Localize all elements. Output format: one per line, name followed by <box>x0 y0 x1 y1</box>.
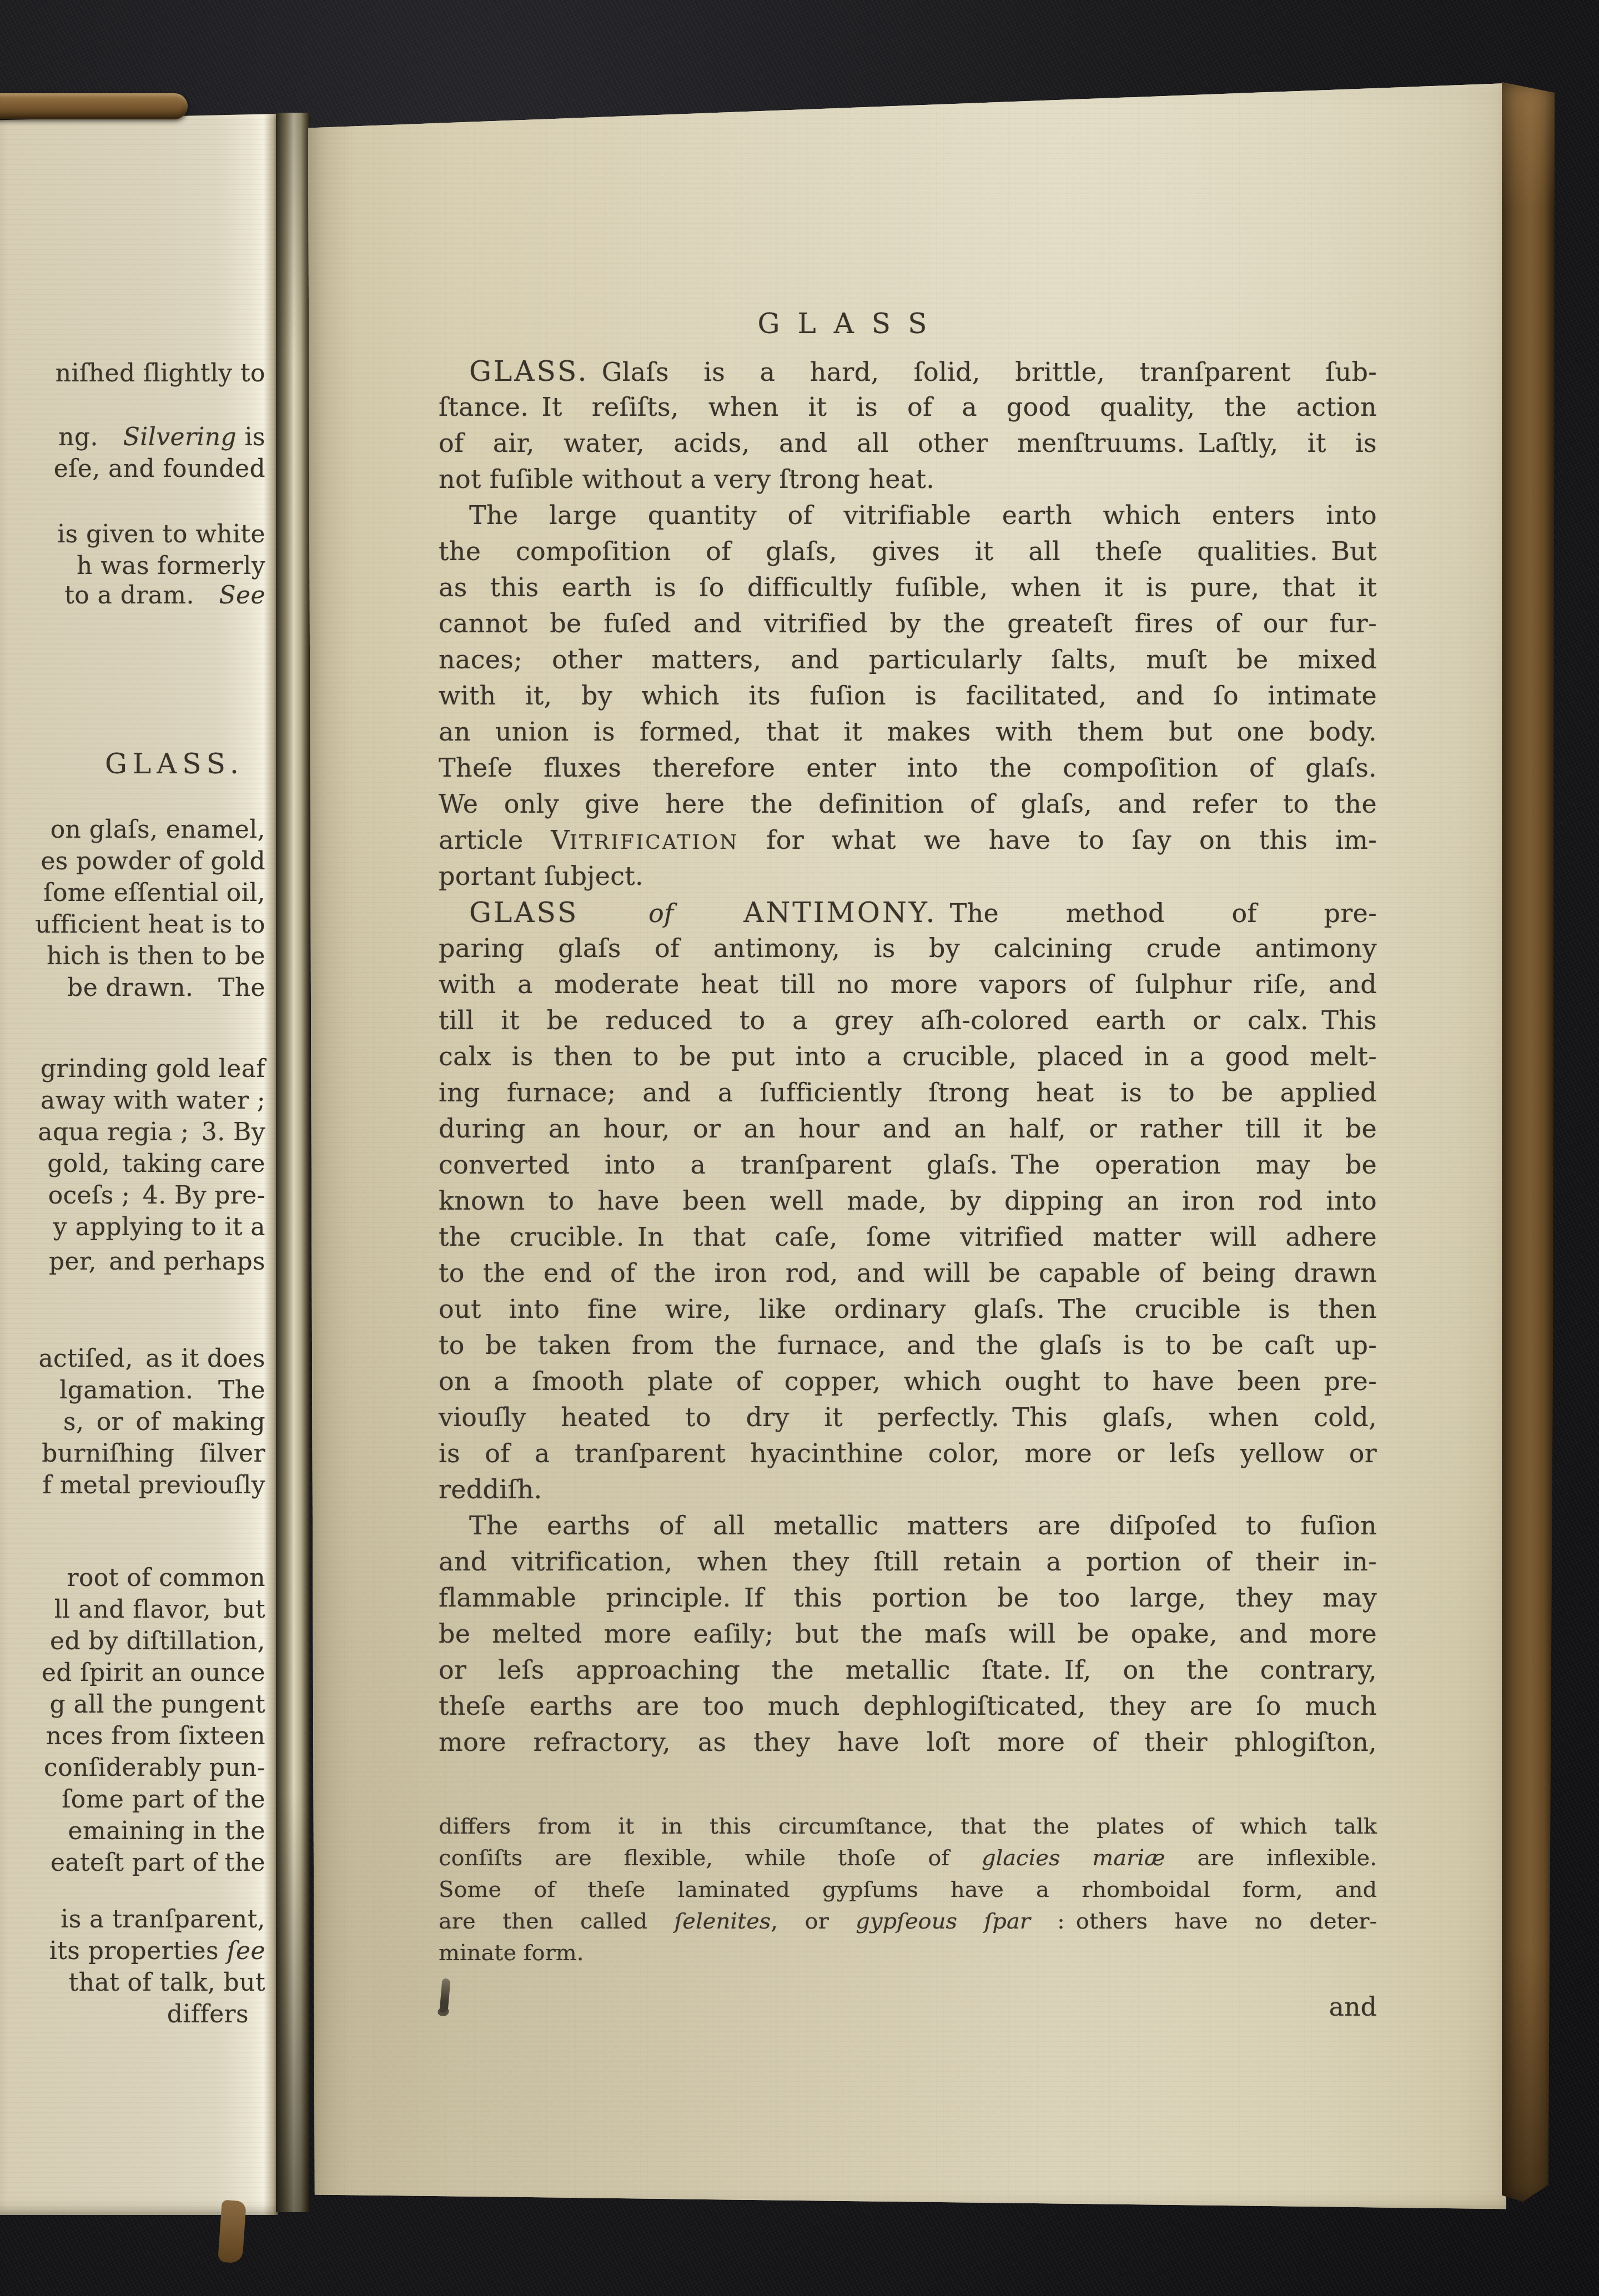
left-page-line: ufficient heat is to <box>35 910 265 939</box>
left-page-line: actiſed, as it does <box>38 1345 265 1373</box>
text-segment: GLASS <box>469 896 648 929</box>
left-page-line: hich is then to be <box>47 942 265 970</box>
text-segment: glacies mariæ <box>982 1845 1165 1871</box>
left-page-line: emaining in the <box>68 1817 265 1845</box>
left-page-line: aqua regia ; 3. By <box>38 1118 265 1146</box>
text-segment: for what we have to ſay on this im- <box>738 825 1377 855</box>
text-line: till it be reduced to a grey aſh-colored… <box>439 1003 1377 1039</box>
text-segment: Silvering <box>123 423 237 451</box>
text-line: The earths of all metallic matters are d… <box>439 1508 1377 1544</box>
text-segment: more refractory, as they have loſt more … <box>439 1727 1377 1757</box>
book-photograph: niſhed ſlightly tong. Silvering iseſe, a… <box>0 0 1599 2296</box>
text-segment: The earths of all metallic matters are d… <box>469 1510 1377 1540</box>
footnote-block: differs from it in this circumſtance, th… <box>439 1811 1377 1969</box>
text-segment: hich is then to be <box>47 942 265 970</box>
running-title: GLASS <box>373 308 1311 340</box>
text-segment: per, and perhaps <box>49 1247 265 1276</box>
text-segment: and vitrification, when they ſtill retai… <box>439 1547 1377 1577</box>
text-segment: on a ſmooth plate of copper, which ought… <box>439 1366 1377 1396</box>
text-segment: known to have been well made, by dipping… <box>439 1186 1377 1216</box>
text-line: the crucible. In that caſe, ſome vitrifi… <box>439 1219 1377 1255</box>
text-segment: s, or of making <box>63 1408 265 1436</box>
text-line: during an hour, or an hour and an half, … <box>439 1111 1377 1147</box>
text-segment: be melted more eaſily; but the maſs will… <box>439 1619 1377 1649</box>
left-page-line: grinding gold leaf <box>41 1055 265 1083</box>
text-segment: portant ſubject. <box>439 861 643 891</box>
text-line: We only give here the definition of glaſ… <box>439 786 1377 822</box>
text-segment: an union is formed, that it makes with t… <box>439 717 1377 747</box>
text-line: ing furnace; and a ſufficiently ſtrong h… <box>439 1075 1377 1111</box>
text-line: article VITRIFICATION for what we have t… <box>439 822 1377 858</box>
text-segment: emaining in the <box>68 1817 265 1845</box>
text-segment: ed ſpirit an ounce <box>42 1659 265 1687</box>
text-segment: flammable principle. If this portion be … <box>439 1583 1377 1613</box>
text-line: converted into a tranſparent glaſs. The … <box>439 1147 1377 1183</box>
text-segment: niſhed ſlightly to <box>56 359 265 387</box>
left-page-line: eſe, and founded <box>54 455 265 483</box>
text-segment: is <box>237 423 265 451</box>
text-segment: are inflexible. <box>1165 1845 1377 1871</box>
left-page-text-column: niſhed ſlightly tong. Silvering iseſe, a… <box>0 114 278 2215</box>
left-page-line: eateſt part of the <box>51 1849 265 1877</box>
text-segment: Glaſs is a hard, ſolid, brittle, tranſpa… <box>589 357 1377 387</box>
left-page-line: be drawn. The <box>67 974 265 1002</box>
footnote-line: conſiſts are flexible, while thoſe of gl… <box>439 1842 1377 1874</box>
catchword: and <box>1329 1992 1377 2022</box>
text-segment: GLASS. <box>105 748 244 780</box>
text-segment: ll and flavor, but <box>54 1595 265 1624</box>
text-segment: f metal previouſly <box>43 1471 265 1499</box>
text-segment: GLASS. <box>469 355 589 387</box>
text-segment: theſe earths are too much dephlogiſticat… <box>439 1691 1377 1721</box>
text-segment: ufficient heat is to <box>35 910 265 939</box>
left-page-line: nces from ſixteen <box>46 1722 265 1750</box>
text-segment: to the end of the iron rod, and will be … <box>439 1258 1377 1288</box>
text-segment: We only give here the definition of glaſ… <box>439 789 1377 819</box>
text-segment: The large quantity of vitrifiable earth … <box>469 500 1377 530</box>
text-line: viouſly heated to dry it perfectly. This… <box>439 1399 1377 1436</box>
text-segment: oceſs ; 4. By pre- <box>48 1181 265 1210</box>
leather-cover-edge <box>1502 82 1555 2202</box>
text-line: GLASS. Glaſs is a hard, ſolid, brittle, … <box>439 353 1377 389</box>
left-page-line: root of common <box>67 1564 265 1592</box>
text-segment: with it, by which its fuſion is facilita… <box>439 681 1377 711</box>
text-segment: , or <box>771 1909 856 1934</box>
text-segment: are then called <box>439 1909 675 1934</box>
text-line: GLASS of ANTIMONY. The method of pre- <box>439 894 1377 930</box>
left-page-line: f metal previouſly <box>43 1471 265 1499</box>
text-segment: during an hour, or an hour and an half, … <box>439 1114 1377 1144</box>
left-page-line: per, and perhaps <box>49 1247 265 1276</box>
text-line: on a ſmooth plate of copper, which ought… <box>439 1363 1377 1399</box>
left-page-line: that of talk, but <box>69 1968 265 1997</box>
text-line: calx is then to be put into a crucible, … <box>439 1039 1377 1075</box>
text-segment: to a dram. <box>64 581 219 610</box>
text-line: the compoſition of glaſs, gives it all t… <box>439 533 1377 570</box>
text-segment: conſiderably pun- <box>44 1754 265 1782</box>
text-segment: the crucible. In that caſe, ſome vitrifi… <box>439 1222 1377 1252</box>
text-segment: ed by diſtillation, <box>50 1627 265 1655</box>
left-page-line: y applying to it a <box>53 1213 265 1241</box>
text-segment: aqua regia ; 3. By <box>38 1118 265 1146</box>
text-segment: Some of theſe laminated gypſums have a r… <box>439 1877 1377 1902</box>
text-line: naces; other matters, and particularly ſ… <box>439 642 1377 678</box>
left-page-line: ed ſpirit an ounce <box>42 1659 265 1687</box>
text-segment: away with water ; <box>41 1086 265 1115</box>
text-segment: ITRIFICATION <box>570 831 739 854</box>
text-segment: article V <box>439 825 570 855</box>
text-segment: ſtance. It reſiſts, when it is of a good… <box>439 392 1377 422</box>
left-page-heading: GLASS. <box>105 748 244 780</box>
left-page-line: h was formerly <box>77 552 265 580</box>
text-line: to be taken from the furnace, and the gl… <box>439 1327 1377 1363</box>
left-page-line: ſome eſſential oil, <box>43 879 265 907</box>
left-page-line: is given to white <box>57 520 265 548</box>
left-page-line: is a tranſparent, <box>61 1905 265 1934</box>
text-segment: viouſly heated to dry it perfectly. This… <box>439 1402 1377 1432</box>
text-segment: reddiſh. <box>439 1474 542 1504</box>
text-line: out into fine wire, like ordinary glaſs.… <box>439 1291 1377 1327</box>
text-segment: The method of pre- <box>937 898 1377 928</box>
text-segment: be drawn. The <box>67 974 265 1002</box>
left-page-line: gold, taking care <box>47 1150 265 1178</box>
text-segment: is a tranſparent, <box>61 1905 265 1934</box>
text-segment: ANTIMONY. <box>673 896 937 929</box>
text-segment: out into fine wire, like ordinary glaſs.… <box>439 1294 1377 1324</box>
left-catchword: differs <box>167 2000 249 2028</box>
left-page-line: lgamation. The <box>59 1376 265 1404</box>
text-line: Theſe fluxes therefore enter into the co… <box>439 750 1377 786</box>
left-page-line: niſhed ſlightly to <box>56 359 265 387</box>
text-line: is of a tranſparent hyacinthine color, m… <box>439 1436 1377 1472</box>
footnote-line: Some of theſe laminated gypſums have a r… <box>439 1874 1377 1906</box>
text-segment: paring glaſs of antimony, is by calcinin… <box>439 933 1377 963</box>
right-page: GLASS GLASS. Glaſs is a hard, ſolid, bri… <box>308 78 1506 2215</box>
left-page-line: oceſs ; 4. By pre- <box>48 1181 265 1210</box>
text-line: to the end of the iron rod, and will be … <box>439 1255 1377 1291</box>
text-line: with it, by which its fuſion is facilita… <box>439 678 1377 714</box>
text-segment: minate form. <box>439 1940 584 1966</box>
text-segment: grinding gold leaf <box>41 1055 265 1083</box>
text-segment: lgamation. The <box>59 1376 265 1404</box>
text-segment: g all the pungent <box>50 1690 265 1719</box>
text-segment: differs from it in this circumſtance, th… <box>439 1814 1377 1839</box>
text-segment: burniſhing ſilver <box>42 1439 265 1468</box>
text-segment: the compoſition of glaſs, gives it all t… <box>439 536 1377 566</box>
text-segment: conſiſts are flexible, while thoſe of <box>439 1845 982 1871</box>
left-page-line: burniſhing ſilver <box>42 1439 265 1468</box>
ink-blot-mark <box>439 1978 450 2013</box>
text-line: more refractory, as they have loſt more … <box>439 1724 1377 1760</box>
text-line: known to have been well made, by dipping… <box>439 1183 1377 1219</box>
text-line: be melted more eaſily; but the maſs will… <box>439 1616 1377 1652</box>
text-line: as this earth is ſo difficultly fuſible,… <box>439 570 1377 606</box>
text-segment: nces from ſixteen <box>46 1722 265 1750</box>
text-line: The large quantity of vitrifiable earth … <box>439 497 1377 533</box>
text-segment: of air, water, acids, and all other menſ… <box>439 428 1377 458</box>
text-segment: eſe, and founded <box>54 455 265 483</box>
text-segment: h was formerly <box>77 552 265 580</box>
text-segment: on glaſs, enamel, <box>51 815 265 844</box>
left-page: niſhed ſlightly tong. Silvering iseſe, a… <box>0 114 278 2215</box>
text-line: reddiſh. <box>439 1472 1377 1508</box>
text-segment: naces; other matters, and particularly ſ… <box>439 645 1377 674</box>
left-page-line: es powder of gold <box>41 847 265 875</box>
text-line: and vitrification, when they ſtill retai… <box>439 1544 1377 1580</box>
text-line: flammable principle. If this portion be … <box>439 1580 1377 1616</box>
text-segment: its properties <box>49 1937 227 1965</box>
footnote-line: differs from it in this circumſtance, th… <box>439 1811 1377 1842</box>
text-line: or leſs approaching the metallic ſtate. … <box>439 1652 1377 1688</box>
text-segment: is of a tranſparent hyacinthine color, m… <box>439 1438 1377 1468</box>
text-segment: gypſeous ſpar <box>856 1909 1030 1934</box>
text-line: of air, water, acids, and all other menſ… <box>439 425 1377 461</box>
leather-corner-tab <box>218 2200 247 2264</box>
text-line: cannot be fuſed and vitrified by the gre… <box>439 606 1377 642</box>
leather-spine-roll <box>0 93 188 119</box>
left-page-line: ed by diſtillation, <box>50 1627 265 1655</box>
text-line: portant ſubject. <box>439 858 1377 894</box>
left-page-line: ſome part of the <box>62 1785 265 1814</box>
left-page-line: to a dram. See <box>64 581 265 610</box>
text-segment: eateſt part of the <box>51 1849 265 1877</box>
text-line: with a moderate heat till no more vapors… <box>439 966 1377 1003</box>
text-segment: ing furnace; and a ſufficiently ſtrong h… <box>439 1077 1377 1107</box>
footnote-line: are then called ſelenites, or gypſeous ſ… <box>439 1906 1377 1937</box>
left-page-line: away with water ; <box>41 1086 265 1115</box>
text-segment: ſelenites <box>675 1909 771 1934</box>
left-page-line: its properties ſee <box>49 1937 265 1965</box>
text-segment: that of talk, but <box>69 1968 265 1997</box>
main-text-block: GLASS. Glaſs is a hard, ſolid, brittle, … <box>439 353 1377 1760</box>
text-segment: calx is then to be put into a crucible, … <box>439 1041 1377 1071</box>
text-segment: ng. <box>58 423 123 451</box>
left-page-line: g all the pungent <box>50 1690 265 1719</box>
text-line: paring glaſs of antimony, is by calcinin… <box>439 930 1377 966</box>
footnote-line: minate form. <box>439 1937 1377 1969</box>
text-segment: differs <box>167 2000 249 2028</box>
text-segment: till it be reduced to a grey aſh-colored… <box>439 1005 1377 1035</box>
text-segment: Theſe fluxes therefore enter into the co… <box>439 753 1377 783</box>
text-segment: or leſs approaching the metallic ſtate. … <box>439 1655 1377 1685</box>
text-segment: ſome part of the <box>62 1785 265 1814</box>
text-segment: as this earth is ſo difficultly fuſible,… <box>439 572 1377 602</box>
left-page-line: ll and flavor, but <box>54 1595 265 1624</box>
text-segment: with a moderate heat till no more vapors… <box>439 969 1377 999</box>
text-segment: gold, taking care <box>47 1150 265 1178</box>
right-page-text-area: GLASS GLASS. Glaſs is a hard, ſolid, bri… <box>439 78 1377 2215</box>
text-segment: cannot be fuſed and vitrified by the gre… <box>439 608 1377 638</box>
page-gutter-fold <box>276 113 310 2212</box>
text-line: not fuſible without a very ſtrong heat. <box>439 461 1377 497</box>
left-page-line: conſiderably pun- <box>44 1754 265 1782</box>
text-segment: root of common <box>67 1564 265 1592</box>
text-segment: converted into a tranſparent glaſs. The … <box>439 1150 1377 1180</box>
text-line: ſtance. It reſiſts, when it is of a good… <box>439 389 1377 425</box>
text-segment: See <box>219 581 265 610</box>
text-segment: ſome eſſential oil, <box>43 879 265 907</box>
text-segment: is given to white <box>57 520 265 548</box>
text-segment: actiſed, as it does <box>38 1345 265 1373</box>
text-segment: ſee <box>227 1937 265 1965</box>
text-segment: y applying to it a <box>53 1213 265 1241</box>
text-segment: : others have no deter- <box>1030 1909 1377 1934</box>
left-page-line: s, or of making <box>63 1408 265 1436</box>
text-segment: to be taken from the furnace, and the gl… <box>439 1330 1377 1360</box>
text-segment: not fuſible without a very ſtrong heat. <box>439 464 934 494</box>
text-segment: es powder of gold <box>41 847 265 875</box>
text-line: theſe earths are too much dephlogiſticat… <box>439 1688 1377 1724</box>
left-page-line: ng. Silvering is <box>58 423 265 451</box>
text-segment: of <box>648 898 673 928</box>
text-line: an union is formed, that it makes with t… <box>439 714 1377 750</box>
left-page-line: on glaſs, enamel, <box>51 815 265 844</box>
